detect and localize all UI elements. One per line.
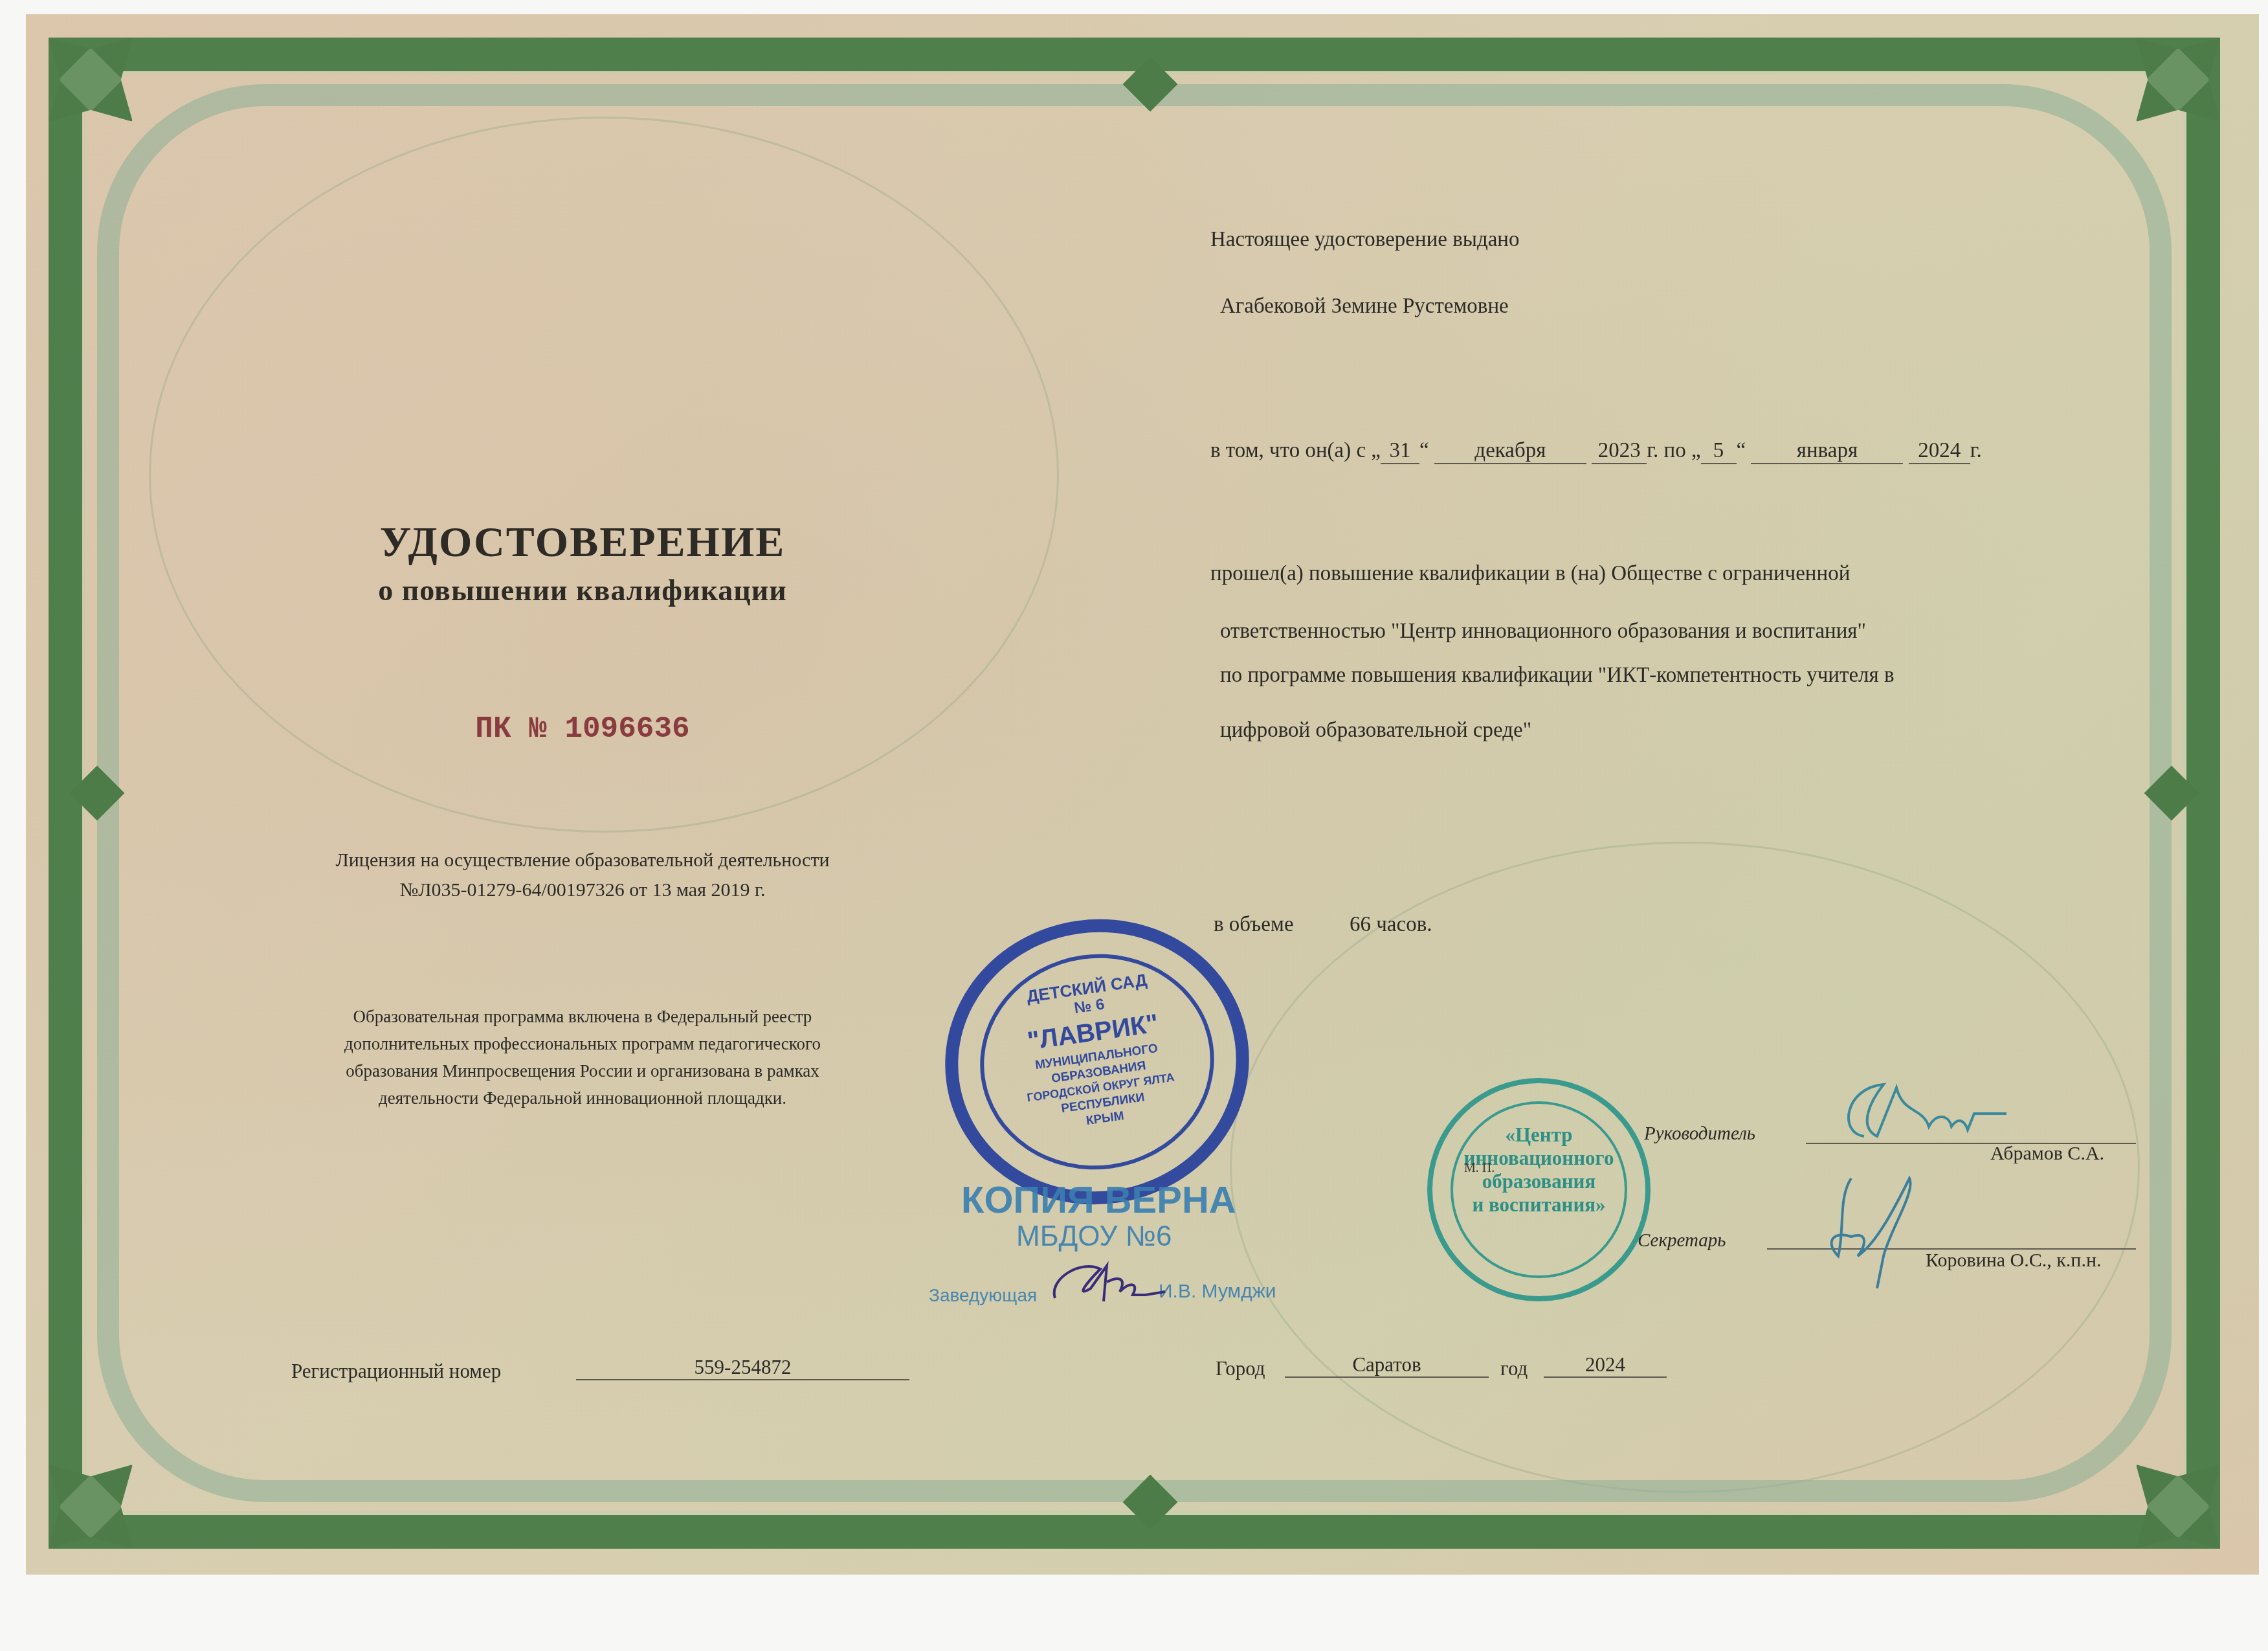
reg-number-label: Регистрационный номер [291, 1360, 501, 1383]
copy-certified-signer: И.В. Мумджи [1159, 1281, 1276, 1303]
city-value: Саратов [1285, 1353, 1489, 1378]
certificate-number: ПК № 1096636 [272, 712, 893, 746]
head-signature-icon [1042, 1253, 1172, 1311]
period-prefix: в том, что он(а) с „ [1210, 439, 1381, 462]
training-line: цифровой образовательной среде" [1220, 719, 1531, 743]
quote-mark: “ [1737, 439, 1746, 462]
training-line: прошел(а) повышение квалификации в (на) … [1210, 562, 1850, 586]
program-line: Образовательная программа включена в Фед… [259, 1007, 906, 1027]
stamp-text: и воспитания» [1432, 1193, 1645, 1217]
period-to-month: января [1751, 439, 1903, 464]
copy-certified-position: Заведующая [929, 1285, 1037, 1306]
volume-label: в объеме [1214, 913, 1294, 937]
year-value: 2024 [1544, 1353, 1667, 1378]
seal-place-label: М. П. [1464, 1161, 1495, 1176]
program-line: деятельности Федеральной инновационной п… [259, 1088, 906, 1108]
quote-mark: “ [1419, 439, 1429, 462]
city-label: Город [1216, 1357, 1265, 1380]
copy-certified-org: МБДОУ №6 [1016, 1220, 1172, 1253]
secretary-label: Секретарь [1638, 1230, 1726, 1252]
outer-frame-border [49, 38, 2220, 1549]
corner-ornament-icon [2136, 1465, 2220, 1549]
director-signature-icon [1825, 1075, 2032, 1152]
license-line-1: Лицензия на осуществление образовательно… [259, 849, 906, 871]
training-period: в том, что он(а) с „31“ декабря 2023г. п… [1210, 439, 1982, 464]
stamp-text: «Центр [1432, 1123, 1645, 1147]
period-from-year: 2023 [1592, 439, 1647, 464]
issued-to-label: Настоящее удостоверение выдано [1210, 228, 1520, 252]
organization-seal-stamp: «Центр инновационного образования и восп… [1427, 1078, 1651, 1301]
program-line: дополнительных профессиональных программ… [259, 1034, 906, 1054]
training-line: по программе повышения квалификации "ИКТ… [1220, 664, 1895, 688]
secretary-name: Коровина О.С., к.п.н. [1926, 1250, 2101, 1272]
reg-number-value: 559-254872 [576, 1356, 909, 1380]
year-label: год [1500, 1357, 1528, 1380]
period-from-month: декабря [1434, 439, 1586, 464]
certificate-title: УДОСТОВЕРЕНИЕ [272, 518, 893, 567]
period-to-year: 2024 [1909, 439, 1970, 464]
corner-ornament-icon [49, 1465, 133, 1549]
corner-ornament-icon [2136, 38, 2220, 122]
period-end-text: г. [1970, 439, 1982, 462]
volume-value: 66 часов. [1350, 913, 1432, 937]
period-mid-text: г. по „ [1647, 439, 1700, 462]
period-to-day: 5 [1701, 439, 1737, 464]
license-line-2: №Л035-01279-64/00197326 от 13 мая 2019 г… [259, 879, 906, 901]
recipient-name: Агабековой Земине Рустемовне [1220, 295, 1509, 319]
corner-ornament-icon [49, 38, 133, 122]
secretary-signature-icon [1812, 1165, 1942, 1288]
program-line: образования Минпросвещения России и орга… [259, 1061, 906, 1081]
certificate-subtitle: о повышении квалификации [272, 573, 893, 607]
period-from-day: 31 [1381, 439, 1419, 464]
training-line: ответственностью "Центр инновационного о… [1220, 620, 1866, 644]
director-name: Абрамов С.А. [1990, 1143, 2104, 1165]
copy-certified-stamp: КОПИЯ ВЕРНА [961, 1178, 1236, 1222]
director-label: Руководитель [1644, 1123, 1755, 1145]
